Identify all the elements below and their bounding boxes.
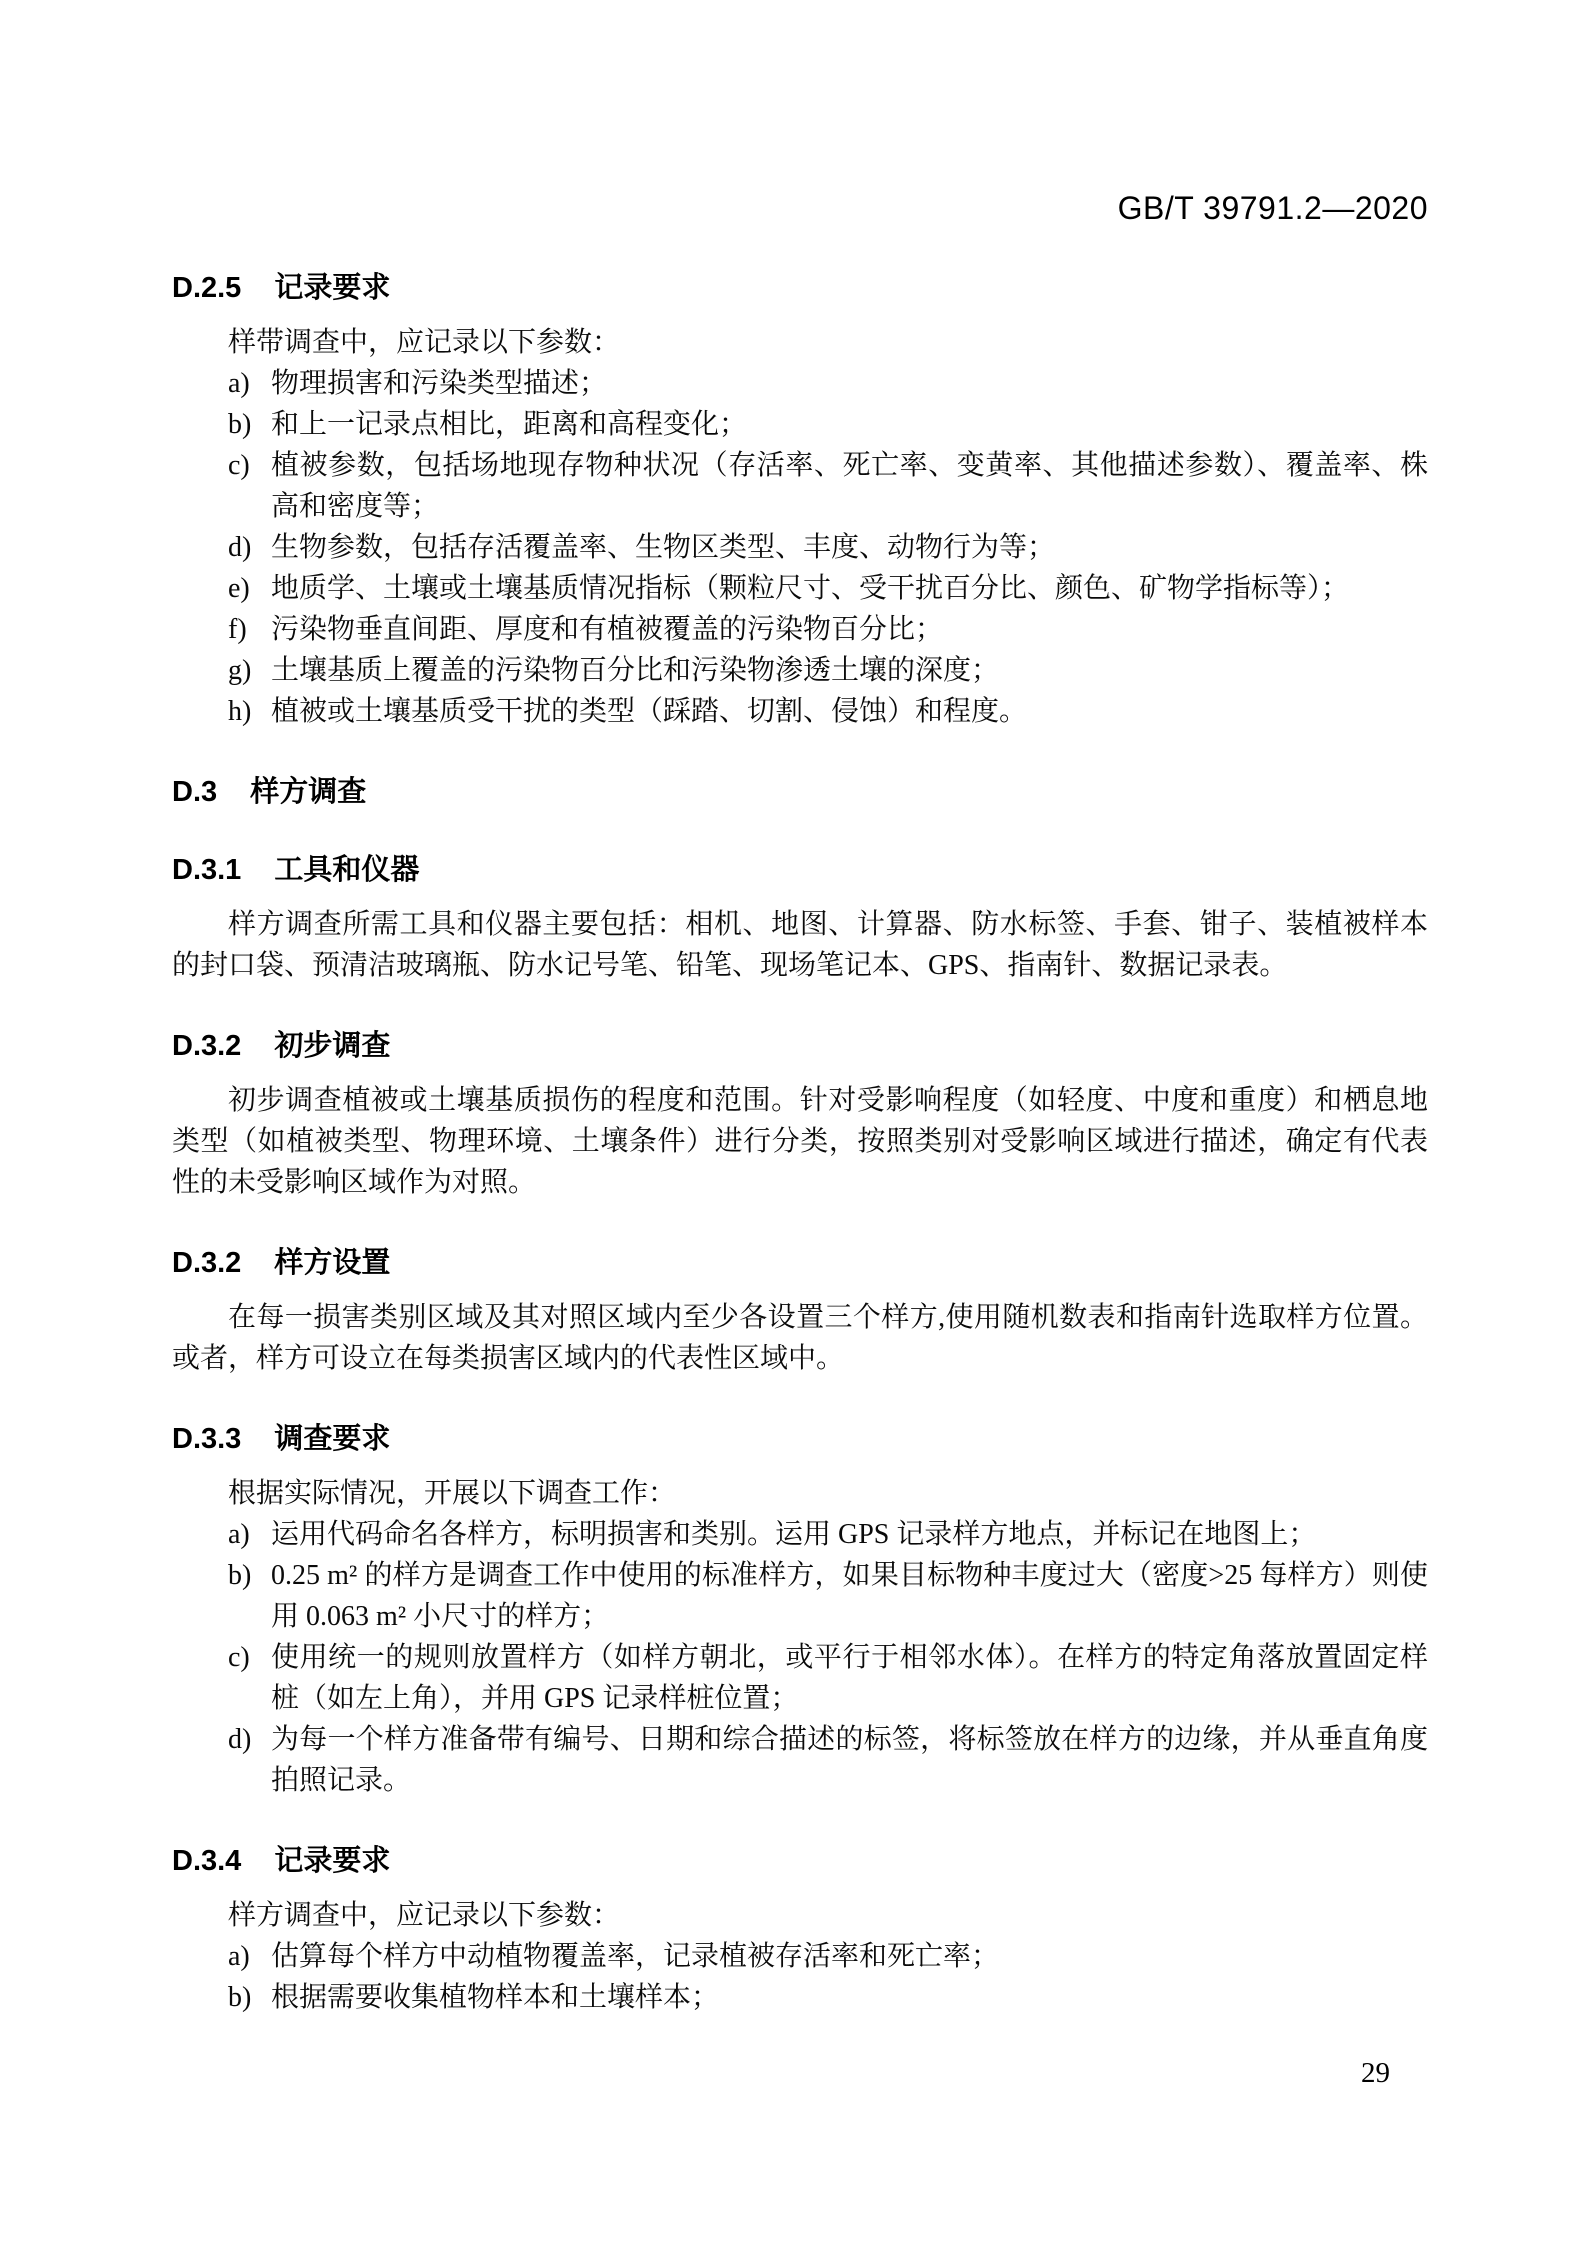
list-item-text: 污染物垂直间距、厚度和有植被覆盖的污染物百分比；: [271, 609, 1428, 650]
section-heading-number: D.3.2: [172, 1030, 241, 1062]
list-item-marker: a): [228, 1514, 271, 1555]
section-items: a) 物理损害和污染类型描述； b) 和上一记录点相比，距离和高程变化； c) …: [228, 363, 1428, 732]
section: D.3 样方调查: [172, 774, 1428, 810]
list-item-marker: b): [228, 1555, 271, 1637]
section-heading-title: 样方调查: [250, 776, 366, 808]
list-item-marker: c): [228, 445, 271, 527]
list-item: e) 地质学、土壤或土壤基质情况指标（颗粒尺寸、受干扰百分比、颜色、矿物学指标等…: [228, 568, 1428, 609]
section-heading: D.3.3 调查要求: [172, 1421, 1428, 1457]
section-heading: D.2.5 记录要求: [172, 270, 1428, 306]
list-item: c) 使用统一的规则放置样方（如样方朝北，或平行于相邻水体）。在样方的特定角落放…: [228, 1637, 1428, 1719]
list-item-text: 0.25 m² 的样方是调查工作中使用的标准样方，如果目标物种丰度过大（密度>2…: [271, 1555, 1428, 1637]
list-item: b) 根据需要收集植物样本和土壤样本；: [228, 1977, 1428, 2018]
section: D.3.2 初步调查 初步调查植被或土壤基质损伤的程度和范围。针对受影响程度（如…: [172, 1028, 1428, 1203]
list-item: d) 为每一个样方准备带有编号、日期和综合描述的标签，将标签放在样方的边缘，并从…: [228, 1719, 1428, 1801]
list-item-marker: c): [228, 1637, 271, 1719]
document-page: GB/T 39791.2—2020 D.2.5 记录要求 样带调查中，应记录以下…: [0, 0, 1588, 2245]
section-heading-number: D.2.5: [172, 272, 241, 304]
section-heading-number: D.3.3: [172, 1423, 241, 1455]
section: D.2.5 记录要求 样带调查中，应记录以下参数： a) 物理损害和污染类型描述…: [172, 270, 1428, 732]
list-item-marker: h): [228, 691, 271, 732]
section-heading: D.3.2 初步调查: [172, 1028, 1428, 1064]
list-item-text: 植被或土壤基质受干扰的类型（踩踏、切割、侵蚀）和程度。: [271, 691, 1428, 732]
section-intro: 根据实际情况，开展以下调查工作：: [172, 1473, 1428, 1514]
section-heading-title: 工具和仪器: [274, 854, 419, 886]
list-item-text: 土壤基质上覆盖的污染物百分比和污染物渗透土壤的深度；: [271, 650, 1428, 691]
section-heading: D.3.4 记录要求: [172, 1843, 1428, 1879]
section: D.3.1 工具和仪器 样方调查所需工具和仪器主要包括：相机、地图、计算器、防水…: [172, 852, 1428, 986]
section-heading-title: 样方设置: [274, 1247, 390, 1279]
list-item: b) 和上一记录点相比，距离和高程变化；: [228, 404, 1428, 445]
list-item-marker: f): [228, 609, 271, 650]
section-heading-number: D.3: [172, 776, 217, 808]
section-heading: D.3.2 样方设置: [172, 1245, 1428, 1281]
list-item-marker: d): [228, 527, 271, 568]
paragraph: 在每一损害类别区域及其对照区域内至少各设置三个样方,使用随机数表和指南针选取样方…: [172, 1297, 1428, 1379]
paragraph: 样方调查所需工具和仪器主要包括：相机、地图、计算器、防水标签、手套、钳子、装植被…: [172, 904, 1428, 986]
list-item: d) 生物参数，包括存活覆盖率、生物区类型、丰度、动物行为等；: [228, 527, 1428, 568]
section-items: a) 估算每个样方中动植物覆盖率，记录植被存活率和死亡率； b) 根据需要收集植…: [228, 1936, 1428, 2018]
list-item-marker: a): [228, 363, 271, 404]
list-item: a) 估算每个样方中动植物覆盖率，记录植被存活率和死亡率；: [228, 1936, 1428, 1977]
section-items: a) 运用代码命名各样方，标明损害和类别。运用 GPS 记录样方地点，并标记在地…: [228, 1514, 1428, 1801]
list-item: a) 物理损害和污染类型描述；: [228, 363, 1428, 404]
section-paragraphs: 在每一损害类别区域及其对照区域内至少各设置三个样方,使用随机数表和指南针选取样方…: [172, 1297, 1428, 1379]
section-heading-title: 初步调查: [274, 1030, 390, 1062]
section-heading: D.3.1 工具和仪器: [172, 852, 1428, 888]
list-item: f) 污染物垂直间距、厚度和有植被覆盖的污染物百分比；: [228, 609, 1428, 650]
page-number: 29: [1361, 2056, 1390, 2090]
list-item-text: 地质学、土壤或土壤基质情况指标（颗粒尺寸、受干扰百分比、颜色、矿物学指标等）；: [271, 568, 1428, 609]
section-heading-number: D.3.2: [172, 1247, 241, 1279]
list-item-marker: d): [228, 1719, 271, 1801]
list-item-marker: g): [228, 650, 271, 691]
section: D.3.2 样方设置 在每一损害类别区域及其对照区域内至少各设置三个样方,使用随…: [172, 1245, 1428, 1379]
paragraph: 初步调查植被或土壤基质损伤的程度和范围。针对受影响程度（如轻度、中度和重度）和栖…: [172, 1080, 1428, 1203]
list-item-marker: a): [228, 1936, 271, 1977]
list-item: h) 植被或土壤基质受干扰的类型（踩踏、切割、侵蚀）和程度。: [228, 691, 1428, 732]
section-heading-title: 记录要求: [274, 1845, 390, 1877]
list-item: g) 土壤基质上覆盖的污染物百分比和污染物渗透土壤的深度；: [228, 650, 1428, 691]
section-heading-title: 记录要求: [274, 272, 390, 304]
section-heading: D.3 样方调查: [172, 774, 1428, 810]
section-intro: 样带调查中，应记录以下参数：: [172, 322, 1428, 363]
standard-number-header: GB/T 39791.2—2020: [172, 188, 1428, 228]
list-item-text: 物理损害和污染类型描述；: [271, 363, 1428, 404]
section-heading-title: 调查要求: [274, 1423, 390, 1455]
document-sections: D.2.5 记录要求 样带调查中，应记录以下参数： a) 物理损害和污染类型描述…: [172, 270, 1428, 2018]
list-item-text: 生物参数，包括存活覆盖率、生物区类型、丰度、动物行为等；: [271, 527, 1428, 568]
section: D.3.4 记录要求 样方调查中，应记录以下参数： a) 估算每个样方中动植物覆…: [172, 1843, 1428, 2018]
list-item-text: 根据需要收集植物样本和土壤样本；: [271, 1977, 1428, 2018]
section-intro: 样方调查中，应记录以下参数：: [172, 1895, 1428, 1936]
list-item-text: 和上一记录点相比，距离和高程变化；: [271, 404, 1428, 445]
list-item-text: 运用代码命名各样方，标明损害和类别。运用 GPS 记录样方地点，并标记在地图上；: [271, 1514, 1428, 1555]
list-item-text: 估算每个样方中动植物覆盖率，记录植被存活率和死亡率；: [271, 1936, 1428, 1977]
section-paragraphs: 样方调查所需工具和仪器主要包括：相机、地图、计算器、防水标签、手套、钳子、装植被…: [172, 904, 1428, 986]
list-item-text: 使用统一的规则放置样方（如样方朝北，或平行于相邻水体）。在样方的特定角落放置固定…: [271, 1637, 1428, 1719]
section-heading-number: D.3.1: [172, 854, 241, 886]
list-item-text: 为每一个样方准备带有编号、日期和综合描述的标签，将标签放在样方的边缘，并从垂直角…: [271, 1719, 1428, 1801]
list-item-marker: b): [228, 404, 271, 445]
list-item: a) 运用代码命名各样方，标明损害和类别。运用 GPS 记录样方地点，并标记在地…: [228, 1514, 1428, 1555]
section: D.3.3 调查要求 根据实际情况，开展以下调查工作： a) 运用代码命名各样方…: [172, 1421, 1428, 1801]
section-heading-number: D.3.4: [172, 1845, 241, 1877]
list-item: c) 植被参数，包括场地现存物种状况（存活率、死亡率、变黄率、其他描述参数）、覆…: [228, 445, 1428, 527]
section-paragraphs: 初步调查植被或土壤基质损伤的程度和范围。针对受影响程度（如轻度、中度和重度）和栖…: [172, 1080, 1428, 1203]
list-item-text: 植被参数，包括场地现存物种状况（存活率、死亡率、变黄率、其他描述参数）、覆盖率、…: [271, 445, 1428, 527]
list-item: b) 0.25 m² 的样方是调查工作中使用的标准样方，如果目标物种丰度过大（密…: [228, 1555, 1428, 1637]
list-item-marker: e): [228, 568, 271, 609]
list-item-marker: b): [228, 1977, 271, 2018]
